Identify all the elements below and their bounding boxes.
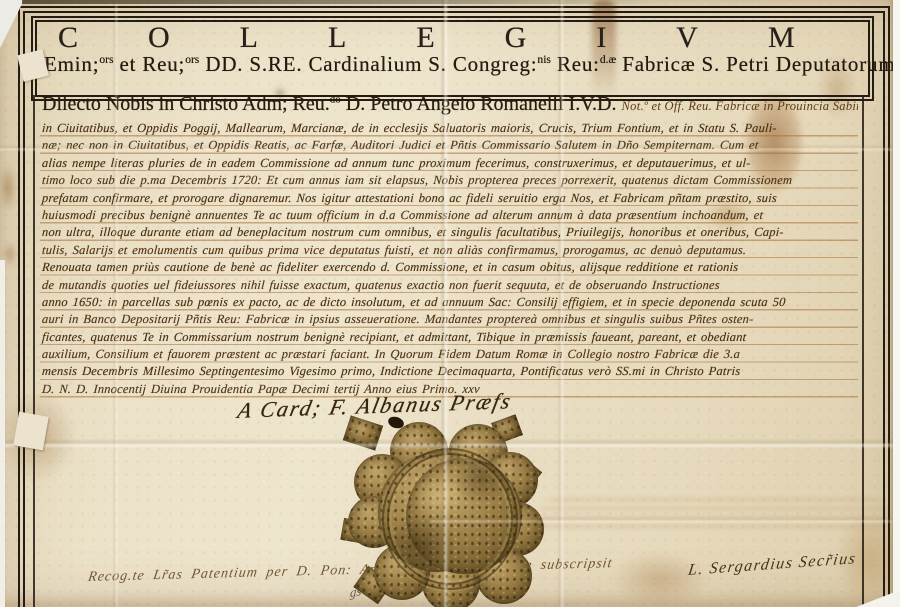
text-fragment: Fabricæ S. Petri Deputatorum (616, 52, 895, 76)
manuscript-line: in Ciuitatibus, et Oppidis Poggij, Malle… (41, 120, 858, 137)
text-fragment: nis (537, 54, 550, 66)
manuscript-line: timo loco sub die p.ma Decembris 1720: E… (41, 172, 858, 189)
paper-top-edge (22, 0, 652, 4)
salutation-tail: Not.º et Off. Reu. Fabricæ in Prouincia … (622, 99, 858, 113)
seal-embossed-ring (382, 448, 518, 590)
manuscript-line: anno 1650: in parcellas sub pœnis ex pac… (41, 294, 858, 311)
scan-background-edge (893, 0, 900, 607)
manuscript-line: alias nempe literas pluries de in eadem … (41, 155, 858, 172)
manuscript-line: ficantes, quatenus Te in Commissarium no… (41, 329, 858, 346)
manuscript-body: in Ciuitatibus, et Oppidis Poggij, Malle… (42, 120, 858, 398)
manuscript-line: auxilium, Consilium et fauorem præstent … (41, 346, 858, 363)
manuscript-line: de mutandis quoties uel fideiussores nih… (41, 277, 858, 294)
text-fragment: Reu: (551, 52, 600, 76)
salutation-line: Dilecto Nobis in Christo Adm; Reu.do D. … (42, 93, 858, 116)
text-fragment: Emin; (44, 52, 99, 76)
manuscript-line: auri in Banco Depositarij Pñtis Reu: Fab… (41, 311, 858, 328)
manuscript-line: næ; nec non in Ciuitatibus, et Oppidis R… (41, 137, 858, 154)
manuscript-line: tulis, Salarijs et emolumentis cum quibu… (41, 242, 858, 259)
text-fragment: ors (185, 54, 199, 66)
text-fragment: d.æ (600, 54, 616, 66)
text-fragment: D. Petro Angelo Romanelli I.V.D. (341, 93, 622, 115)
manuscript-line: non ultra, illoque durante etiam ad bene… (41, 224, 858, 241)
paper-left-edge (0, 260, 5, 607)
text-fragment: DD. S.RE. Cardinalium S. Congreg: (199, 52, 537, 76)
gold-foil-wafer-seal (356, 424, 532, 602)
manuscript-line: mensis Decembris Millesimo Septingentesi… (41, 363, 858, 380)
document-subtitle: Emin;ors et Reu;ors DD. S.RE. Cardinaliu… (44, 52, 895, 77)
manuscript-line: Renouata tamen priùs cautione de benè ac… (41, 259, 858, 276)
text-fragment: ors (99, 54, 113, 66)
paper-flap (13, 412, 48, 451)
text-fragment: et Reu; (113, 52, 185, 76)
manuscript-line: prefatam confirmare, et prorogare dignar… (41, 190, 858, 207)
manuscript-line: huiusmodi precibus benignè annuentes Te … (41, 207, 858, 224)
text-fragment: Dilecto Nobis in Christo Adm; Reu. (42, 93, 330, 115)
manuscript-scan: COLLEGIVM Emin;ors et Reu;ors DD. S.RE. … (0, 0, 900, 607)
text-fragment: do (330, 93, 341, 105)
document-title: COLLEGIVM (58, 21, 865, 55)
salutation-text: Dilecto Nobis in Christo Adm; Reu.do D. … (42, 93, 622, 115)
